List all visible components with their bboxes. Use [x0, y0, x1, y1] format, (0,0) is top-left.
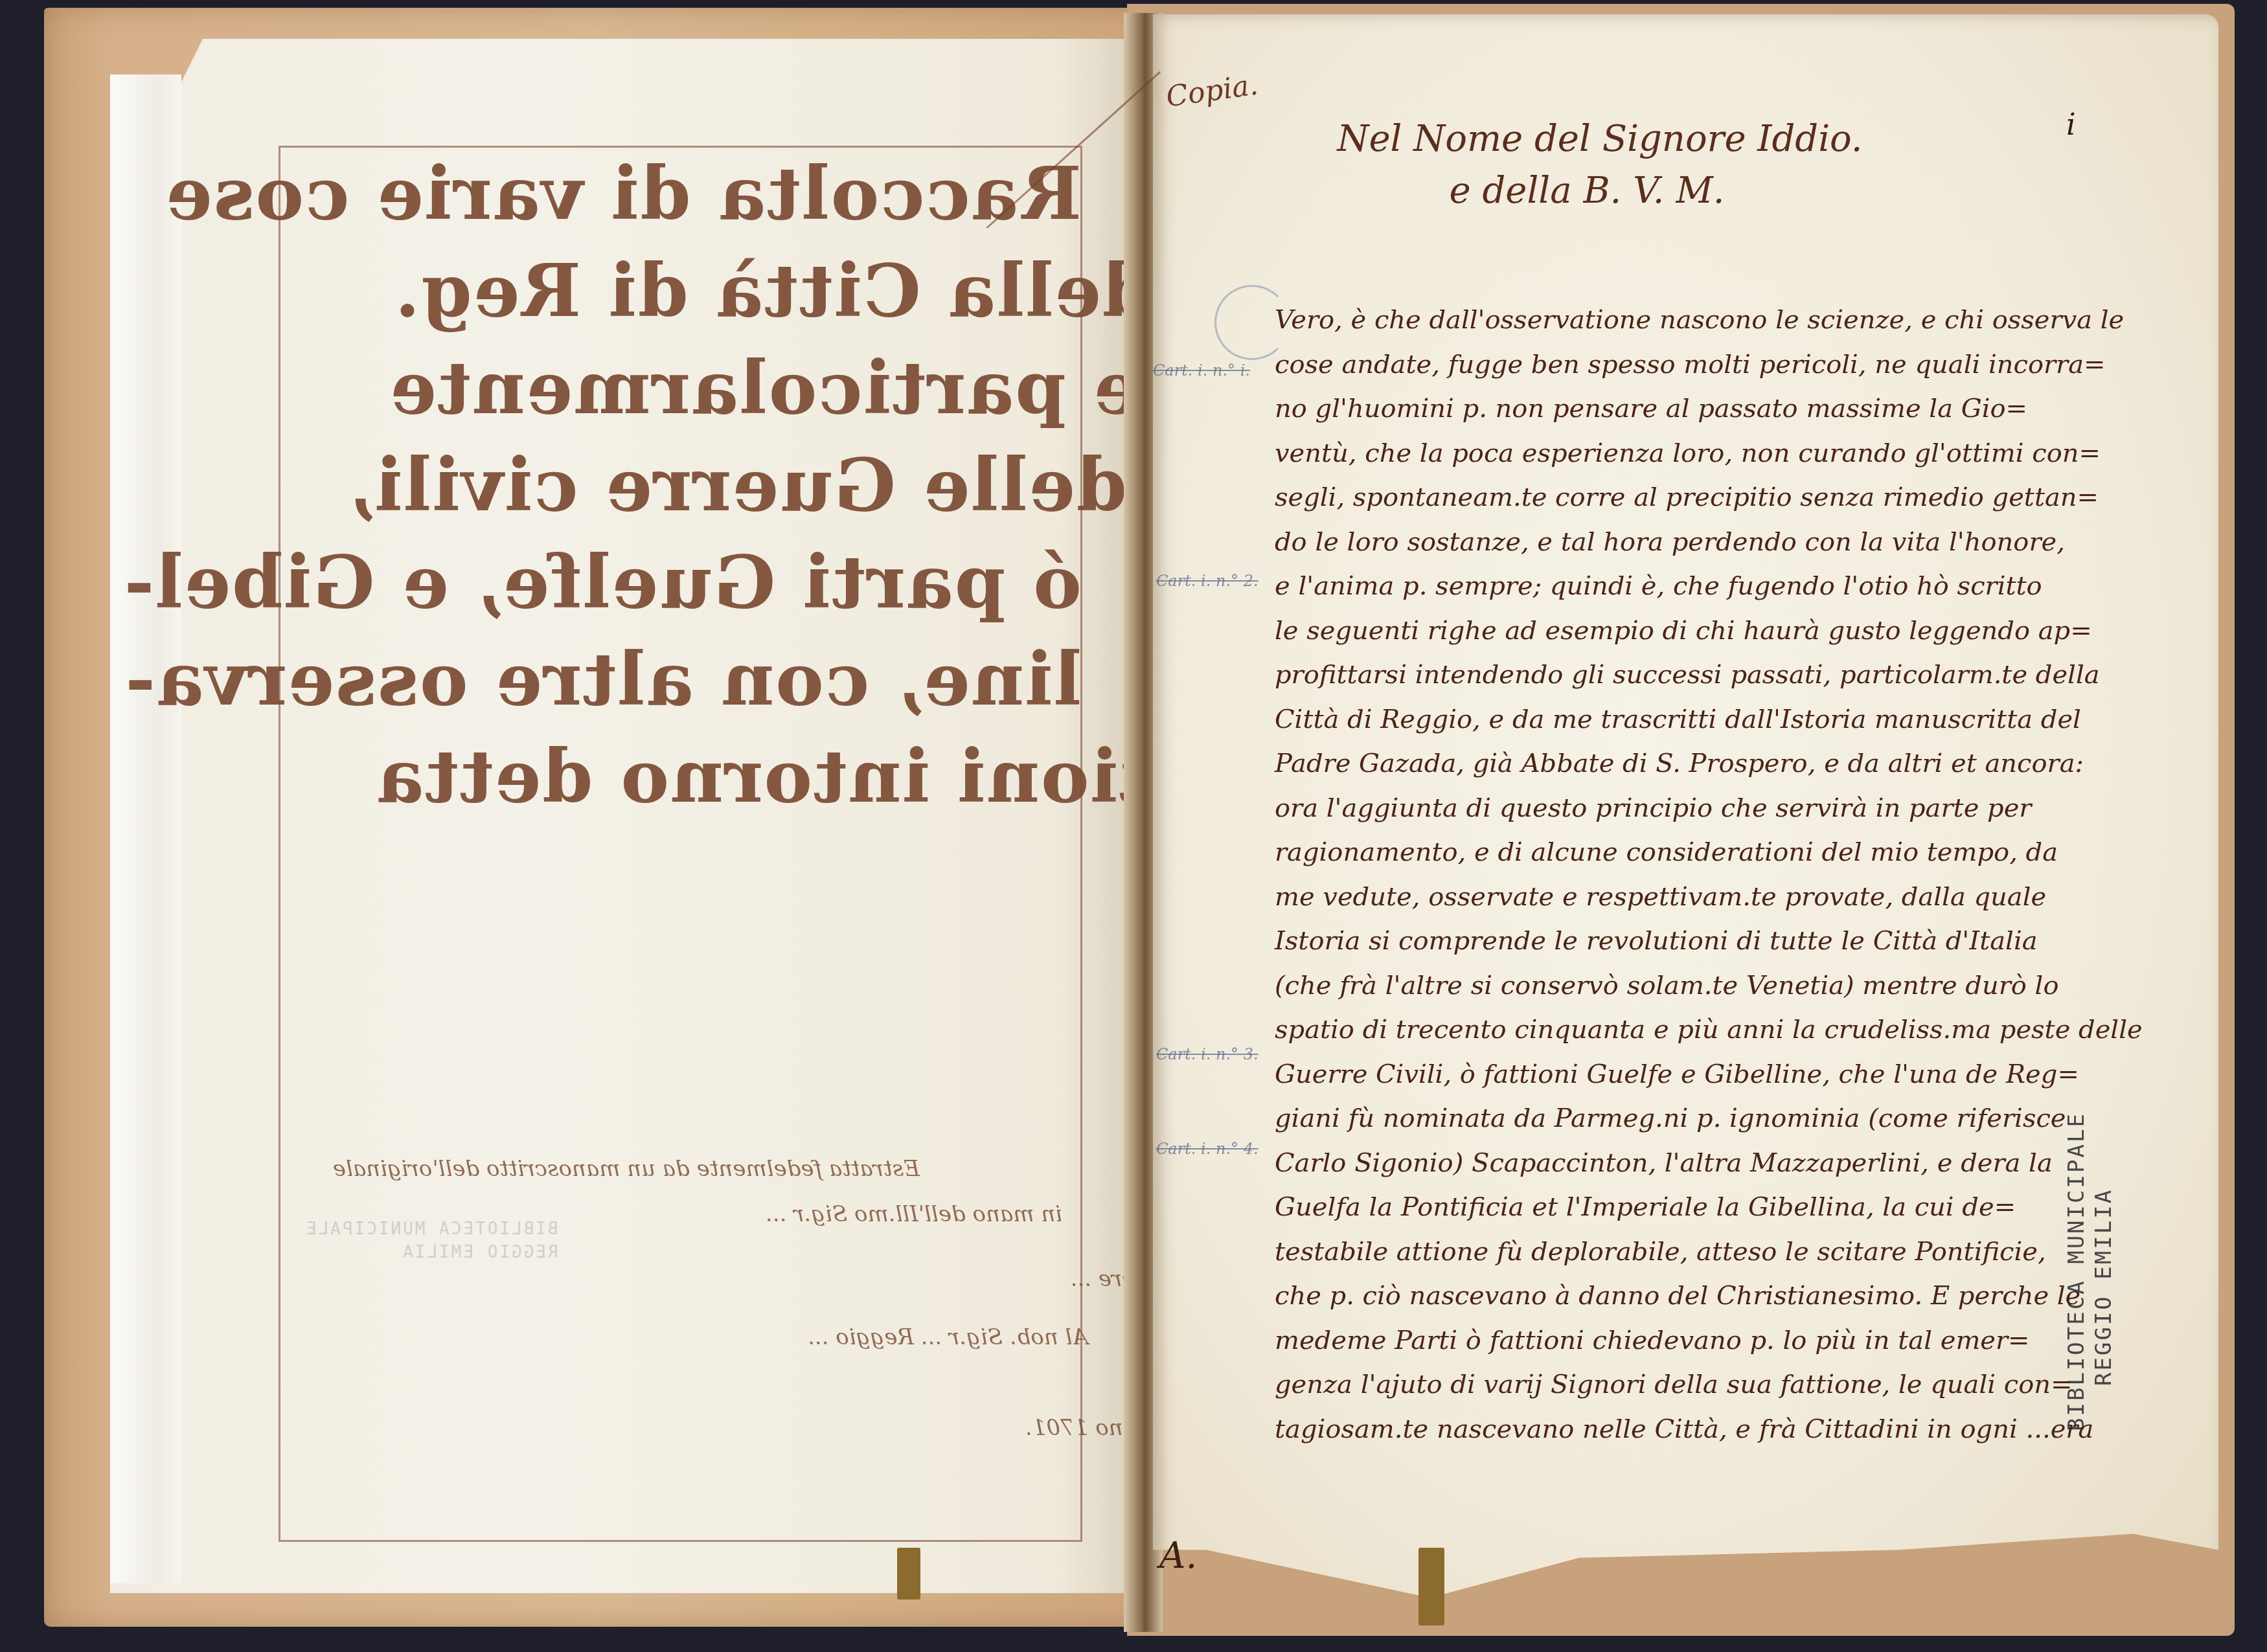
ghost-stamp-line: REGGIO EMILIA: [304, 1241, 558, 1264]
paper-stain: [1418, 1548, 1444, 1625]
manuscript-line: ventù, che la poca esperienza loro, non …: [1275, 431, 2097, 476]
margin-note: Cart. i. n.° 2.: [1156, 572, 1259, 590]
invocation-heading: Nel Nome del Signore Iddio. e della B. V…: [1289, 113, 1937, 217]
manuscript-line: me vedute, osservate e respettivam.te pr…: [1275, 875, 2097, 920]
manuscript-line: medeme Parti ò fattioni chiedevano p. lo…: [1275, 1318, 2097, 1363]
manuscript-line: (che frà l'altre si conservò solam.te Ve…: [1275, 964, 2097, 1008]
margin-note: Cart. i. n.° 3.: [1156, 1045, 1259, 1063]
manuscript-line: e l'anima p. sempre; quindi è, che fugen…: [1275, 564, 2097, 609]
manuscript-line: ora l'aggiunta di questo principio che s…: [1275, 786, 2097, 831]
manuscript-line: profittarsi intendendo gli successi pass…: [1275, 653, 2097, 697]
library-stamp: BIBLIOTECA MUNICIPALE REGGIO EMILIA: [2063, 1431, 2267, 1486]
ghost-library-stamp: BIBLIOTECA MUNICIPALE REGGIO EMILIA: [304, 1217, 558, 1264]
manuscript-line: che p. ciò nascevano à danno del Christi…: [1275, 1274, 2097, 1318]
colophon-line: Cavaliere ...: [557, 1256, 1205, 1302]
title-line: line, con altre osserva-: [337, 631, 1082, 729]
manuscript-line: no gl'huomini p. non pensare al passato …: [1275, 387, 2097, 431]
title-line: ó parti Guelfe, e Gibel-: [337, 534, 1082, 631]
colophon-line: Al nob. Sig.r ... Reggio ...: [440, 1315, 1088, 1360]
invocation-line: e della B. V. M.: [1237, 165, 1937, 217]
title-line: delle Guerre civili,: [382, 437, 1127, 534]
manuscript-line: do le loro sostanze, e tal hora perdendo…: [1275, 520, 2097, 565]
margin-note: Cart. i. n.° 4.: [1156, 1140, 1259, 1158]
manuscript-line: Guerre Civili, ò fattioni Guelfe e Gibel…: [1275, 1052, 2097, 1097]
title-line: della Città di Reg.: [408, 243, 1153, 340]
title-line: Raccolta di varie cose: [337, 146, 1082, 243]
manuscript-line: Vero, è che dall'osservatione nascono le…: [1275, 298, 2097, 343]
manuscript-line: spatio di trecento cinquanta e più anni …: [1275, 1008, 2097, 1052]
colophon-line: Estratta fedelmente da un manoscritto de…: [272, 1146, 920, 1192]
invocation-line: Nel Nome del Signore Iddio.: [1263, 113, 1937, 165]
manuscript-line: le seguenti righe ad esempio di chi haur…: [1275, 609, 2097, 653]
folio-number: i: [2066, 107, 2076, 142]
mirrored-title-block: Raccolta di varie cose della Città di Re…: [337, 146, 1082, 923]
manuscript-line: testabile attione fù deplorabile, atteso…: [1275, 1230, 2097, 1274]
stamp-line: BIBLIOTECA MUNICIPALE: [2063, 1112, 2090, 1431]
mirrored-colophon: Estratta fedelmente da un manoscritto de…: [246, 1146, 894, 1418]
manuscript-line: segli, spontaneam.te corre al precipitio…: [1275, 475, 2097, 520]
manuscript-line: Città di Reggio, e da me trascritti dall…: [1275, 697, 2097, 742]
manuscript-line: Padre Gazada, già Abbate di S. Prospero,…: [1275, 741, 2097, 786]
manuscript-body: Vero, è che dall'osservatione nascono le…: [1275, 298, 2097, 1451]
title-line: tioni intorno detta: [408, 729, 1153, 826]
manuscript-line: Istoria si comprende le revolutioni di t…: [1275, 919, 2097, 964]
manuscript-line: cose andate, fugge ben spesso molti peri…: [1275, 343, 2097, 387]
manuscript-line: Carlo Sigonio) Scapaccinton, l'altra Maz…: [1275, 1141, 2097, 1186]
stamp-line: REGGIO EMILIA: [2090, 1112, 2117, 1431]
signature-mark: A.: [1159, 1535, 1197, 1577]
manuscript-line: ragionamento, e di alcune considerationi…: [1275, 830, 2097, 875]
ghost-stamp-line: BIBLIOTECA MUNICIPALE: [304, 1217, 558, 1241]
flyleaf-strip: [110, 74, 181, 1583]
manuscript-line: tagiosam.te nascevano nelle Città, e frà…: [1275, 1407, 2097, 1452]
colophon-line: ...: [544, 1444, 1192, 1489]
paper-stain: [897, 1548, 920, 1600]
manuscript-line: genza l'ajuto di varij Signori della sua…: [1275, 1363, 2097, 1407]
manuscript-line: Guelfa la Pontificia et l'Imperiale la G…: [1275, 1185, 2097, 1230]
manuscript-line: giani fù nominata da Parmeg.ni p. ignomi…: [1275, 1096, 2097, 1141]
margin-note: Cart. i. n.° i.: [1153, 361, 1250, 379]
title-line: e particolarmente: [395, 340, 1140, 437]
